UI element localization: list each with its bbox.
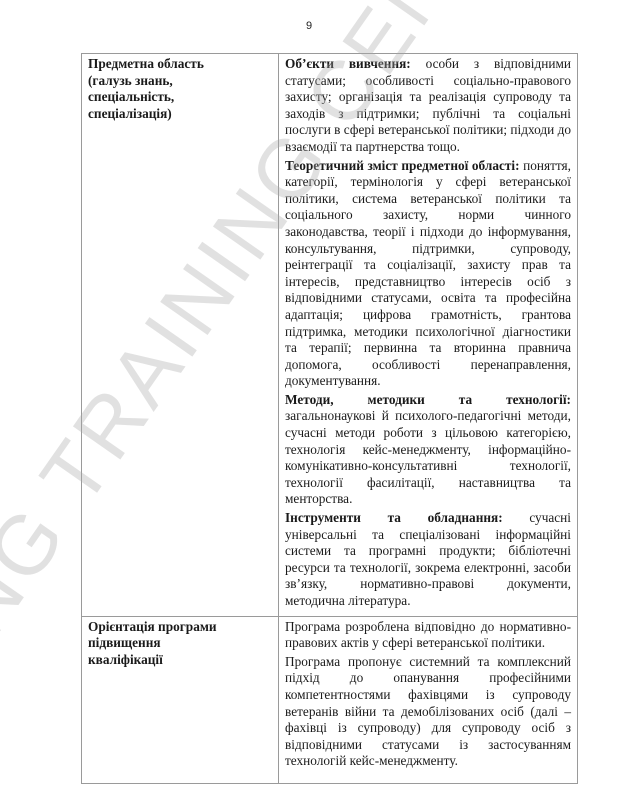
paragraph-objects-of-study: Об’єкти вивчення: особи з відповідними с…	[285, 56, 571, 156]
label-line: (галузь знань,	[88, 73, 272, 90]
row-label-subject-area: Предметна область (галузь знань, спеціал…	[82, 54, 279, 617]
row-content-subject-area: Об’єкти вивчення: особи з відповідними с…	[279, 54, 578, 617]
table-row-subject-area: Предметна область (галузь знань, спеціал…	[82, 54, 578, 617]
program-description-table: Предметна область (галузь знань, спеціал…	[81, 53, 578, 784]
label-line: спеціальність,	[88, 89, 272, 106]
label-line: спеціалізація)	[88, 106, 272, 123]
row-label-program-orientation: Орієнтація програми підвищення кваліфіка…	[82, 616, 279, 783]
label-line: кваліфікації	[88, 652, 272, 669]
paragraph-tools: Інструменти та обладнання: сучасні уніве…	[285, 510, 571, 610]
paragraph-heading: Методи, методики та технології:	[285, 392, 571, 407]
row-content-program-orientation: Програма розроблена відповідно до нормат…	[279, 616, 578, 783]
paragraph-text: поняття, категорії, термінологія у сфері…	[285, 158, 571, 389]
paragraph-regulatory-basis: Програма розроблена відповідно до нормат…	[285, 619, 571, 652]
label-line: Орієнтація програми	[88, 619, 272, 636]
paragraph-theoretical-content: Теоретичний зміст предметної області: по…	[285, 158, 571, 390]
paragraph-methods: Методи, методики та технології: загально…	[285, 392, 571, 508]
paragraph-text: Програма пропонує системний та комплексн…	[285, 654, 571, 769]
paragraph-heading: Об’єкти вивчення:	[285, 56, 411, 71]
page-number: 9	[0, 20, 618, 32]
table-row-program-orientation: Орієнтація програми підвищення кваліфіка…	[82, 616, 578, 783]
paragraph-heading: Теоретичний зміст предметної області:	[285, 158, 520, 173]
label-line: підвищення	[88, 635, 272, 652]
label-line: Предметна область	[88, 56, 272, 73]
paragraph-approach: Програма пропонує системний та комплексн…	[285, 654, 571, 770]
paragraph-heading: Інструменти та обладнання:	[285, 510, 503, 525]
paragraph-text: Програма розроблена відповідно до нормат…	[285, 619, 571, 651]
paragraph-text: загальнонаукові й психолого-педагогічні …	[285, 408, 571, 506]
